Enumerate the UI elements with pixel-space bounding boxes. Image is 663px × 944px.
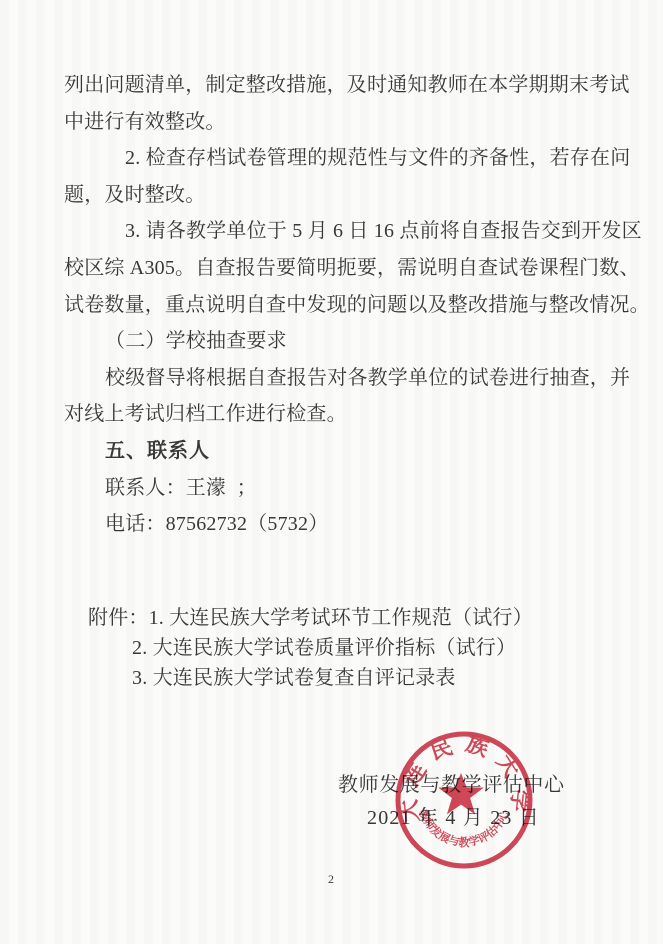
document-page: 列出问题清单，制定整改措施，及时通知教师在本学期期末考试 中进行有效整改。 2.… — [0, 0, 663, 944]
seal-university-arc: 大连民族大学 — [395, 730, 534, 822]
body-text-line: 2. 检查存档试卷管理的规范性与文件的齐备性，若存在问 — [125, 140, 604, 177]
body-text-line: 五、联系人 — [105, 433, 604, 470]
body-text-line: 中进行有效整改。 — [64, 104, 604, 141]
body-text-line: 校级督导将根据自查报告对各教学单位的试卷进行抽查，并 — [105, 360, 604, 397]
body-text-line: 联系人：王濛 ； — [105, 470, 604, 507]
body-text-line: 试卷数量，重点说明自查中发现的问题以及整改措施与整改情况。 — [64, 287, 604, 324]
body-text-line: （二）学校抽查要求 — [105, 323, 604, 360]
body-text-block: 列出问题清单，制定整改措施，及时通知教师在本学期期末考试 中进行有效整改。 2.… — [64, 67, 604, 543]
attachment-line: 附件：1. 大连民族大学考试环节工作规范（试行） — [88, 603, 604, 633]
official-seal-icon: 大连民族大学 教师发展与教学评估中心 — [392, 728, 536, 872]
attachment-line: 2. 大连民族大学试卷质量评价指标（试行） — [132, 633, 604, 663]
body-text-line: 3. 请各教学单位于 5 月 6 日 16 点前将自查报告交到开发区 — [125, 213, 604, 250]
seal-star-icon — [438, 773, 484, 814]
seal-department-arc: 教师发展与教学评估中心 — [416, 807, 512, 849]
attachment-line: 3. 大连民族大学试卷复查自评记录表 — [132, 663, 604, 693]
body-text-line: 校区综 A305。自查报告要简明扼要，需说明自查试卷课程门数、 — [64, 250, 604, 287]
page-number: 2 — [328, 872, 334, 887]
body-text-line: 电话：87562732（5732） — [105, 506, 604, 543]
body-text-line: 列出问题清单，制定整改措施，及时通知教师在本学期期末考试 — [64, 67, 604, 104]
body-text-line: 题，及时整改。 — [64, 177, 604, 214]
attachments-block: 附件：1. 大连民族大学考试环节工作规范（试行） 2. 大连民族大学试卷质量评价… — [64, 603, 604, 693]
body-text-line: 对线上考试归档工作进行检查。 — [64, 396, 604, 433]
